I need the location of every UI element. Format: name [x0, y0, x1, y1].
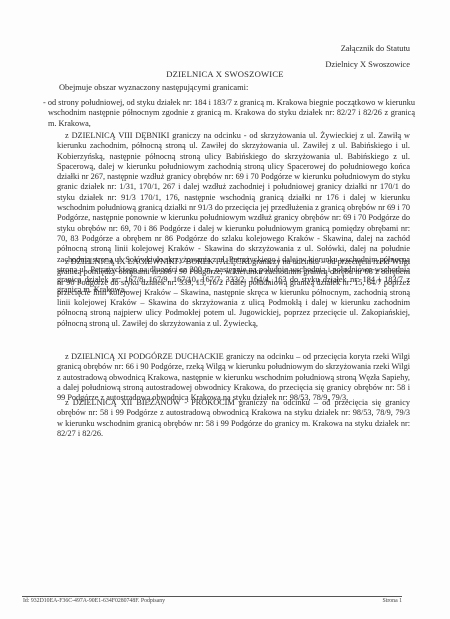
boundary-lagiewniki: z DZIELNICĄ IX ŁAGIEWNIKI – BOREK FAŁĘCK…: [57, 257, 410, 329]
document-page: Załącznik do Statutu Dzielnicy X Swoszow…: [0, 0, 450, 619]
boundary-biezanow-prokocim: z DZIELNICĄ XII BIEŻANÓW - PROKOCIM gran…: [57, 398, 410, 439]
boundary-south: - od strony południowej, od styku działe…: [43, 98, 415, 129]
document-title: DZIELNICA X SWOSZOWICE: [0, 69, 450, 79]
footer-divider: [22, 596, 402, 597]
intro-text: Obejmuje obszar wyznaczony następującymi…: [59, 83, 248, 92]
annex-line-1: Załącznik do Statutu: [341, 44, 410, 54]
boundary-podgorze-duchackie: z DZIELNICĄ XI PODGÓRZE DUCHACKIE granic…: [57, 352, 410, 403]
footer-document-id: Id: 932D10EA-F36C-497A-90E1-634F0280748F…: [23, 598, 165, 604]
footer-page-number: Strona 1: [383, 598, 402, 604]
